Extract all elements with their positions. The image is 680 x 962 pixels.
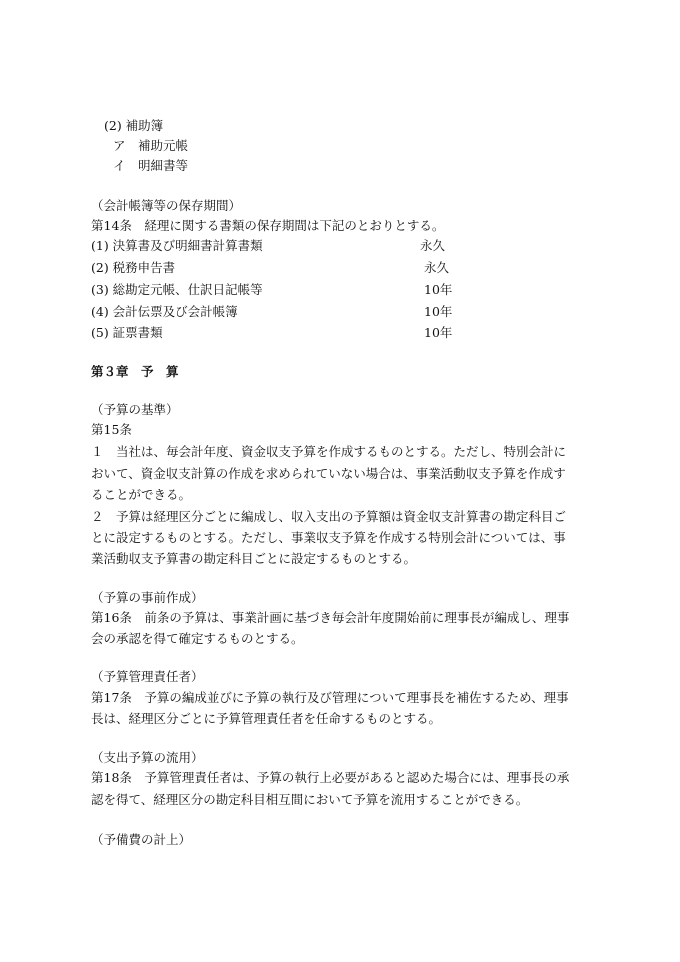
article-15-paragraph-1: ることができる。 bbox=[91, 485, 191, 505]
article-17-text: 第17条 予算の編成並びに予算の執行及び管理について理事長を補佐するため、理事 bbox=[91, 688, 569, 708]
article-16-text: 第16条 前条の予算は、事業計画に基づき毎会計年度開始前に理事長が編成し、理事 bbox=[91, 608, 569, 628]
article-number-15: 第15条 bbox=[91, 420, 132, 440]
retention-row-period: 10年 bbox=[424, 323, 452, 343]
retention-row-label: (1) 決算書及び明細書計算書類 bbox=[91, 236, 263, 256]
article-caption-18: （支出予算の流用） bbox=[91, 748, 204, 768]
list-subitem-subsidiary-ledger: ア 補助元帳 bbox=[113, 136, 188, 156]
article-15-paragraph-2: ２ 予算は経理区分ごとに編成し、収入支出の予算額は資金収支計算書の勘定科目ご bbox=[91, 507, 566, 527]
article-body-14: 第14条 経理に関する書類の保存期間は下記のとおりとする。 bbox=[91, 216, 444, 236]
article-caption-16: （予算の事前作成） bbox=[91, 588, 204, 608]
article-17-text: 長は、経理区分ごとに予算管理責任者を任命するものとする。 bbox=[91, 709, 441, 729]
article-caption-19: （予備費の計上） bbox=[91, 830, 191, 850]
list-item-subsidiary-books: (2) 補助簿 bbox=[104, 116, 163, 136]
retention-row-period: 永久 bbox=[420, 236, 445, 256]
article-16-text: 会の承認を得て確定するものとする。 bbox=[91, 629, 304, 649]
article-15-paragraph-2: 業活動収支予算書の勘定科目ごとに設定するものとする。 bbox=[91, 549, 416, 569]
retention-row-period: 10年 bbox=[424, 280, 452, 300]
list-subitem-detail-books: イ 明細書等 bbox=[113, 156, 188, 176]
retention-row-label: (2) 税務申告書 bbox=[91, 258, 175, 278]
retention-row-label: (5) 証票書類 bbox=[91, 323, 163, 343]
article-15-paragraph-2: とに設定するものとする。ただし、事業収支予算を作成する特別会計については、事 bbox=[91, 528, 566, 548]
chapter-title: 第３章 予 算 bbox=[91, 362, 179, 382]
article-18-text: 第18条 予算管理責任者は、予算の執行上必要があると認めた場合には、理事長の承 bbox=[91, 768, 569, 788]
article-caption-14: （会計帳簿等の保存期間） bbox=[91, 196, 241, 216]
retention-row-label: (3) 総勘定元帳、仕訳日記帳等 bbox=[91, 280, 263, 300]
article-15-paragraph-1: おいて、資金収支計算の作成を求められていない場合は、事業活動収支予算を作成す bbox=[91, 464, 566, 484]
retention-row-period: 永久 bbox=[424, 258, 449, 278]
article-15-paragraph-1: １ 当社は、毎会計年度、資金収支予算を作成するものとする。ただし、特別会計に bbox=[91, 442, 566, 462]
retention-row-period: 10年 bbox=[424, 302, 452, 322]
article-18-text: 認を得て、経理区分の勘定科目相互間において予算を流用することができる。 bbox=[91, 790, 528, 810]
article-caption-17: （予算管理責任者） bbox=[91, 667, 204, 687]
article-caption-15: （予算の基準） bbox=[91, 400, 179, 420]
retention-row-label: (4) 会計伝票及び会計帳簿 bbox=[91, 302, 238, 322]
